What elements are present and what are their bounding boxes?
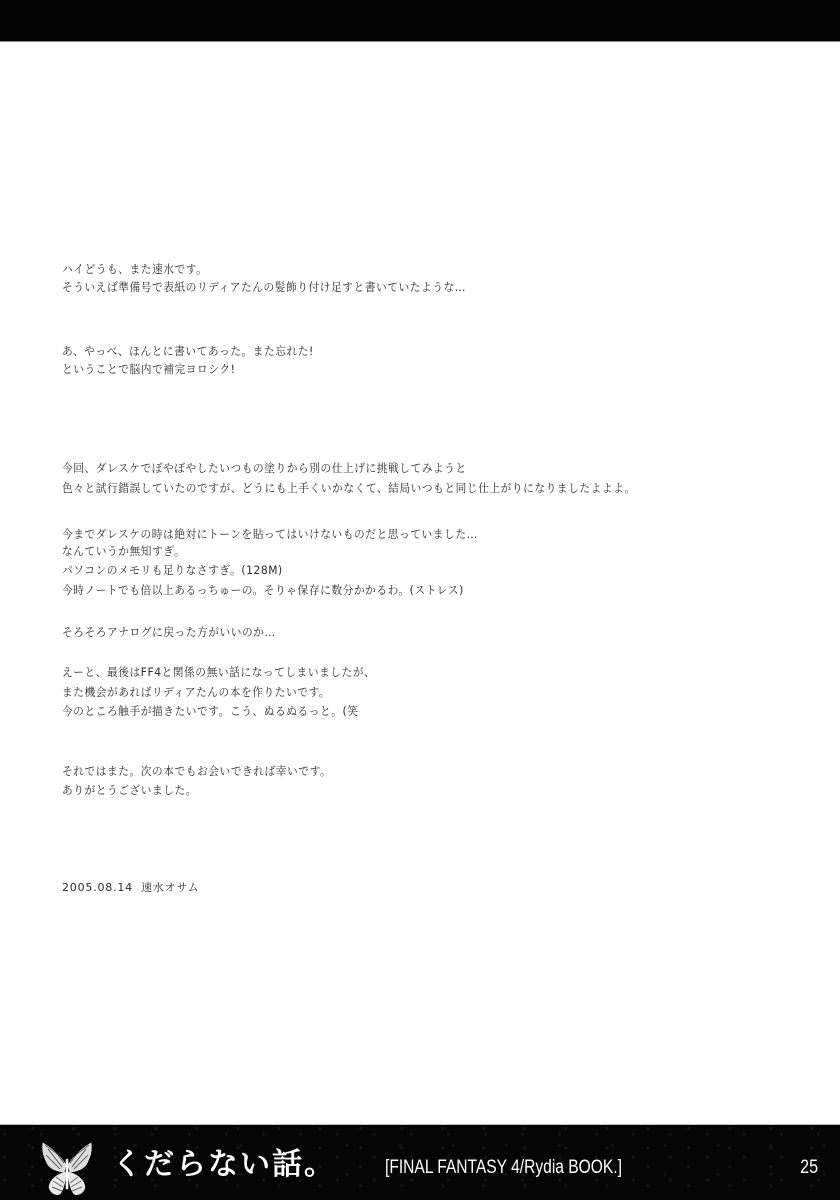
text-line: それではまた。次の本でもお会いできれば幸いです。 — [62, 764, 331, 778]
text-line: ハイどうも、また速水です。 — [62, 262, 207, 276]
text-line: 色々と試行錯誤していたのですが、どうにも上手くいかなくて、結局いつもと同じ仕上が… — [62, 481, 636, 495]
text-line: また機会があればリディアたんの本を作りたいです。 — [62, 685, 330, 699]
text-line: あ、やっべ、ほんとに書いてあった。また忘れた! — [62, 344, 314, 358]
signature-author: 速水オサム — [141, 881, 199, 894]
text-line: 今時ノートでも倍以上あるっちゅーの。そりゃ保存に数分かかるわ。(ストレス) — [62, 583, 464, 597]
text-line: なんていうか無知すぎ。 — [62, 544, 185, 558]
text-line: 今回、ダレスケでぼやぼやしたいつもの塗りから別の仕上げに挑戦してみようと — [62, 461, 467, 475]
top-black-bar — [0, 0, 840, 42]
text-line: ありがとうございました。 — [62, 783, 197, 797]
text-line: えーと、最後はFF4と関係の無い話になってしまいましたが、 — [62, 665, 375, 679]
signature: 2005.08.14速水オサム — [62, 881, 207, 895]
page-number: 25 — [800, 1157, 818, 1179]
text-line: パソコンのメモリも足りなさすぎ。(128M) — [62, 563, 283, 577]
text-line: 今までダレスケの時は絶対にトーンを貼ってはいけないものだと思っていました… — [62, 527, 478, 541]
text-line: ということで脳内で補完ヨロシク! — [62, 362, 235, 376]
text-line: 今のところ触手が描きたいです。こう、ぬるぬるっと。(笑 — [62, 704, 358, 718]
footer-bar: くだらない話。 [FINAL FANTASY 4/Rydia BOOK.] 25 — [0, 1124, 840, 1200]
signature-date: 2005.08.14 — [62, 881, 133, 894]
text-line: そういえば準備号で表紙のリディアたんの髪飾り付け足すと書いていたような… — [62, 280, 466, 294]
text-line: そろそろアナログに戻った方がいいのか… — [62, 625, 276, 639]
document-page: ハイどうも、また速水です。 そういえば準備号で表紙のリディアたんの髪飾り付け足す… — [0, 42, 840, 1124]
butterfly-icon — [40, 1141, 94, 1197]
footer-subtitle: [FINAL FANTASY 4/Rydia BOOK.] — [385, 1157, 622, 1179]
footer-title: くだらない話。 — [112, 1147, 336, 1183]
